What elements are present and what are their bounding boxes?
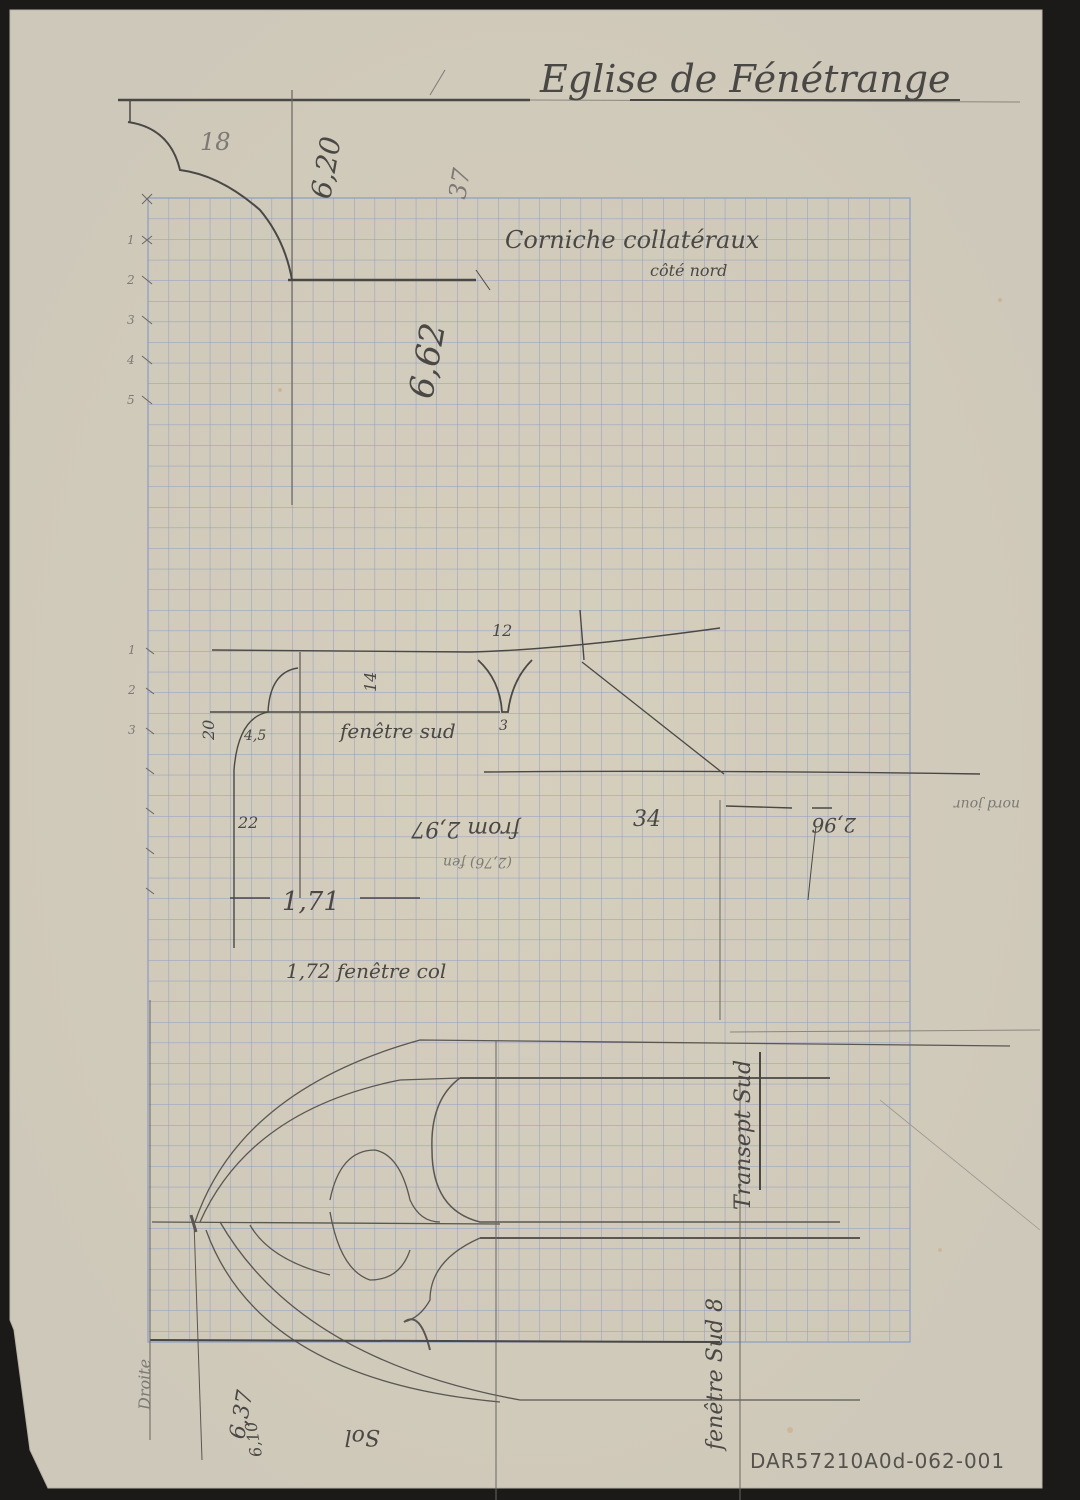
cornice-dim-profile: 18 [200,128,231,156]
window-from-label: from 2,97 [411,816,522,841]
cornice-subheading: côté nord [650,261,727,280]
window-dim-34: 34 [633,807,661,832]
archive-reference: DAR57210A0d-062-001 [750,1449,1005,1473]
window-dim-1-71: 1,71 [282,887,340,917]
window-dim-12: 12 [492,621,512,640]
window-inverted-note: (2,76) fen [443,854,512,870]
window-dim-3: 3 [499,718,508,734]
cornice-scale-2: 2 [126,273,135,287]
graph-grid [148,198,910,1342]
tracery-window-label: fenêtre Sud 8 [703,1298,728,1452]
cornice-scale-1: 1 [127,233,135,247]
window-dim-22: 22 [237,813,258,832]
window-dim-20: 20 [199,720,218,741]
window-scale-1: 1 [128,643,136,657]
cornice-dim-c: 37 [443,165,476,201]
cornice-scale-5: 5 [127,393,135,407]
window-scale-2: 2 [127,683,136,697]
window-dim-4-5: 4,5 [243,728,266,744]
cornice-scale-3: 3 [127,313,135,327]
scanned-sheet: Eglise de Fénétrange Corniche collatérau… [0,0,1080,1500]
tracery-bottom-note: Sol [345,1424,380,1449]
tracery-transept-label: Transept Sud [731,1060,756,1210]
tracery-bottom-left-vertical: Droite [135,1359,154,1411]
sheet-title: Eglise de Fénétrange [539,57,950,101]
window-scale-3: 3 [128,723,136,737]
window-dim-2-96: 2,96 [811,813,857,837]
cornice-scale-4: 4 [126,353,135,367]
window-dim-1-72: 1,72 fenêtre col [286,959,446,983]
window-south-label: fenêtre sud [338,719,456,743]
window-margin-note: nord jour [953,796,1020,812]
cornice-heading: Corniche collatéraux [505,226,760,254]
window-dim-14: 14 [361,672,380,692]
